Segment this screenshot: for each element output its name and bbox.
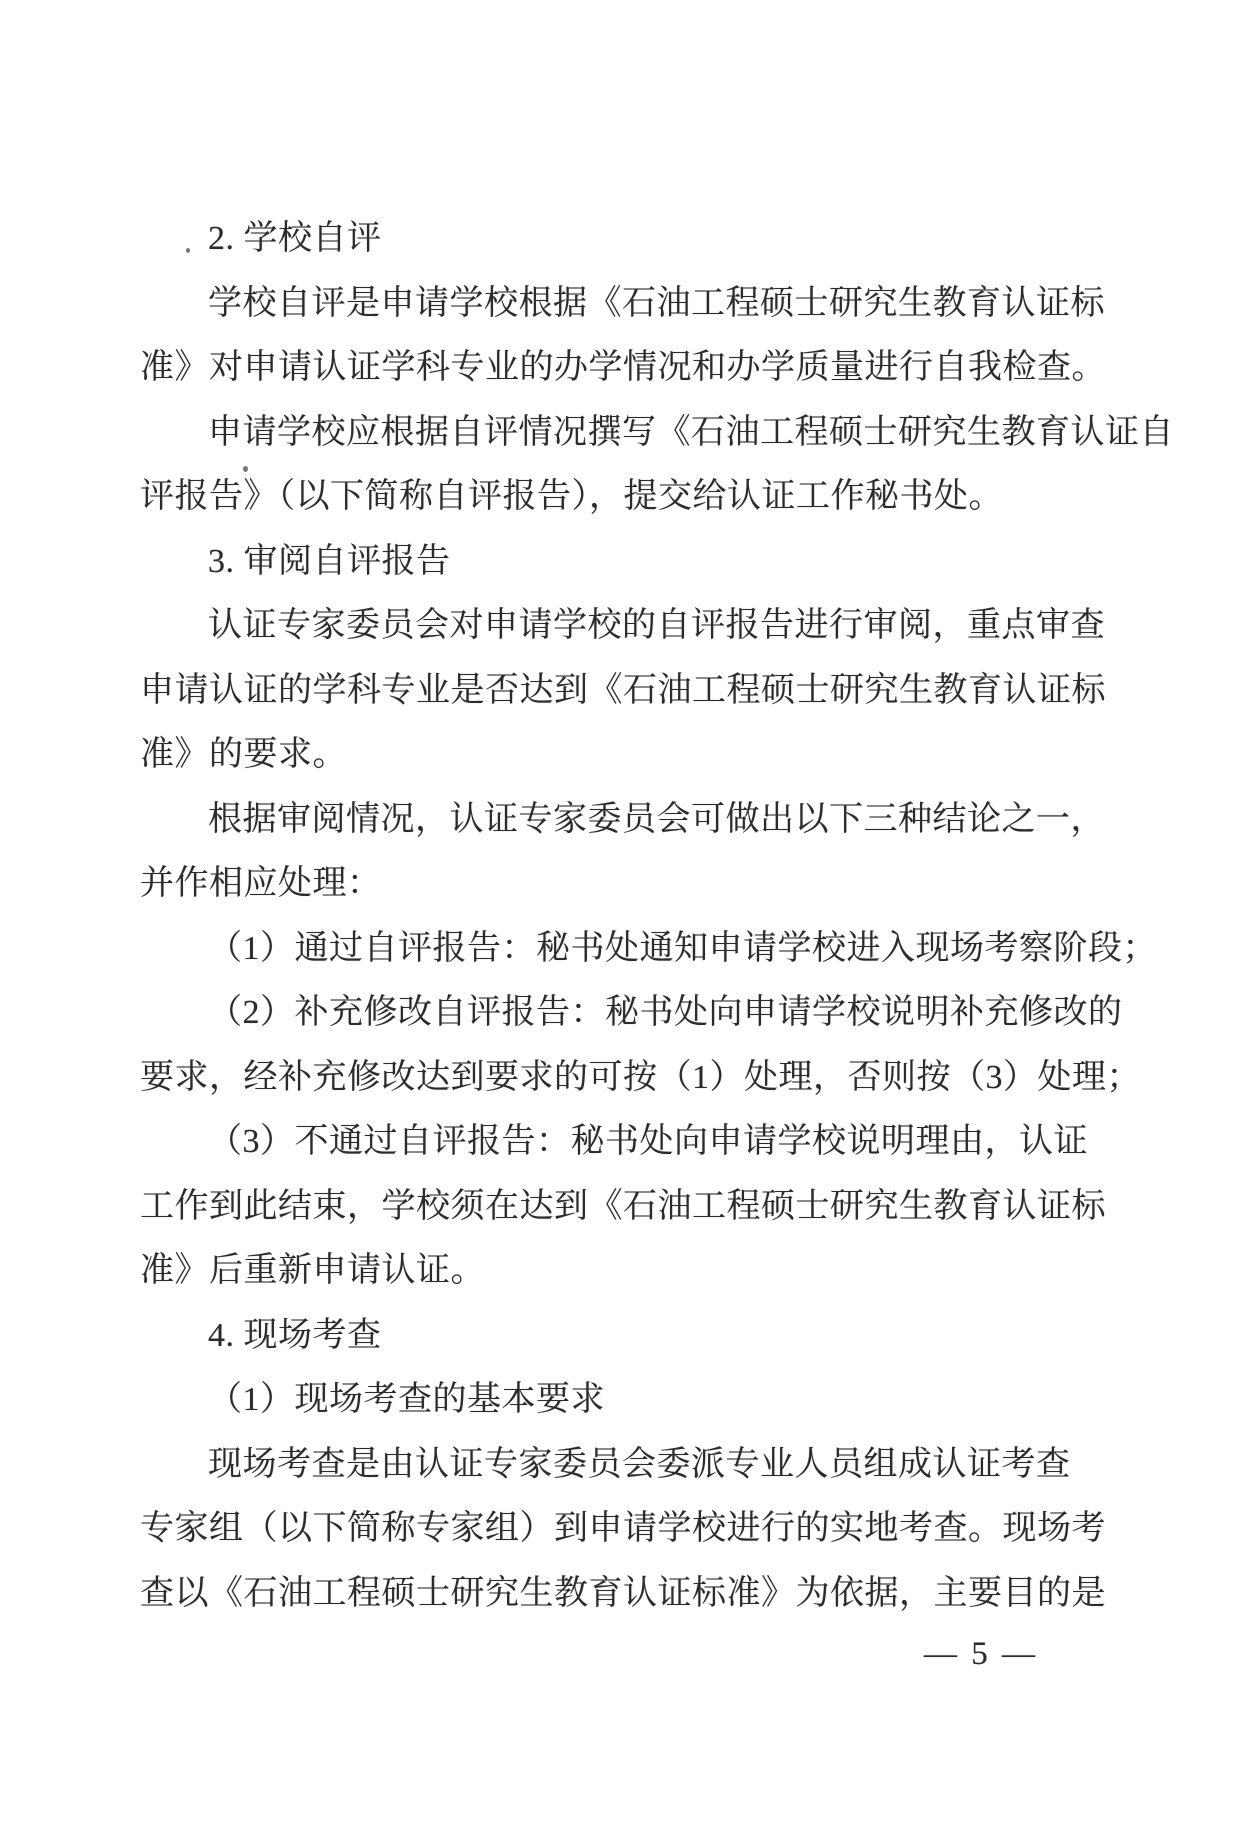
subsection-heading-onsite-review-basic-requirements: （1）现场考查的基本要求 [140, 1368, 1096, 1433]
section-heading-review-self-evaluation-report: 3. 审阅自评报告 [140, 530, 1096, 595]
document-body: 2. 学校自评 学校自评是申请学校根据《石油工程硕士研究生教育认证标 准》对申请… [140, 207, 1096, 1626]
text-line: 现场考查是由认证专家委员会委派专业人员组成认证考查 [140, 1433, 1096, 1498]
scan-artifact-dot [186, 248, 190, 253]
scan-artifact-dot [243, 466, 248, 472]
section-heading-school-self-evaluation: 2. 学校自评 [140, 207, 1096, 272]
text-line: 工作到此结束，学校须在达到《石油工程硕士研究生教育认证标 [140, 1175, 1096, 1240]
text-line: 并作相应处理： [140, 852, 1096, 917]
list-item-conclusion-1: （1）通过自评报告：秘书处通知申请学校进入现场考察阶段； [140, 917, 1096, 982]
text-line: 认证专家委员会对申请学校的自评报告进行审阅，重点审查 [140, 594, 1096, 659]
text-line: 准》的要求。 [140, 723, 1096, 788]
text-line: 专家组（以下简称专家组）到申请学校进行的实地考查。现场考 [140, 1497, 1096, 1562]
text-line: 根据审阅情况，认证专家委员会可做出以下三种结论之一， [140, 788, 1096, 853]
text-line: 准》对申请认证学科专业的办学情况和办学质量进行自我检查。 [140, 336, 1096, 401]
text-line: 要求，经补充修改达到要求的可按（1）处理，否则按（3）处理； [140, 1046, 1096, 1111]
text-line: 学校自评是申请学校根据《石油工程硕士研究生教育认证标 [140, 272, 1096, 337]
text-line: 查以《石油工程硕士研究生教育认证标准》为依据，主要目的是 [140, 1562, 1096, 1627]
text-line: 准》后重新申请认证。 [140, 1239, 1096, 1304]
section-heading-onsite-review: 4. 现场考查 [140, 1304, 1096, 1369]
page-number: — 5 — [924, 1636, 1038, 1673]
text-line: 申请认证的学科专业是否达到《石油工程硕士研究生教育认证标 [140, 659, 1096, 724]
list-item-conclusion-2: （2）补充修改自评报告：秘书处向申请学校说明补充修改的 [140, 981, 1096, 1046]
scanned-document-page: 2. 学校自评 学校自评是申请学校根据《石油工程硕士研究生教育认证标 准》对申请… [0, 0, 1252, 1835]
list-item-conclusion-3: （3）不通过自评报告：秘书处向申请学校说明理由，认证 [140, 1110, 1096, 1175]
text-line: 申请学校应根据自评情况撰写《石油工程硕士研究生教育认证自 [140, 401, 1096, 466]
text-line: 评报告》（以下简称自评报告），提交给认证工作秘书处。 [140, 465, 1096, 530]
